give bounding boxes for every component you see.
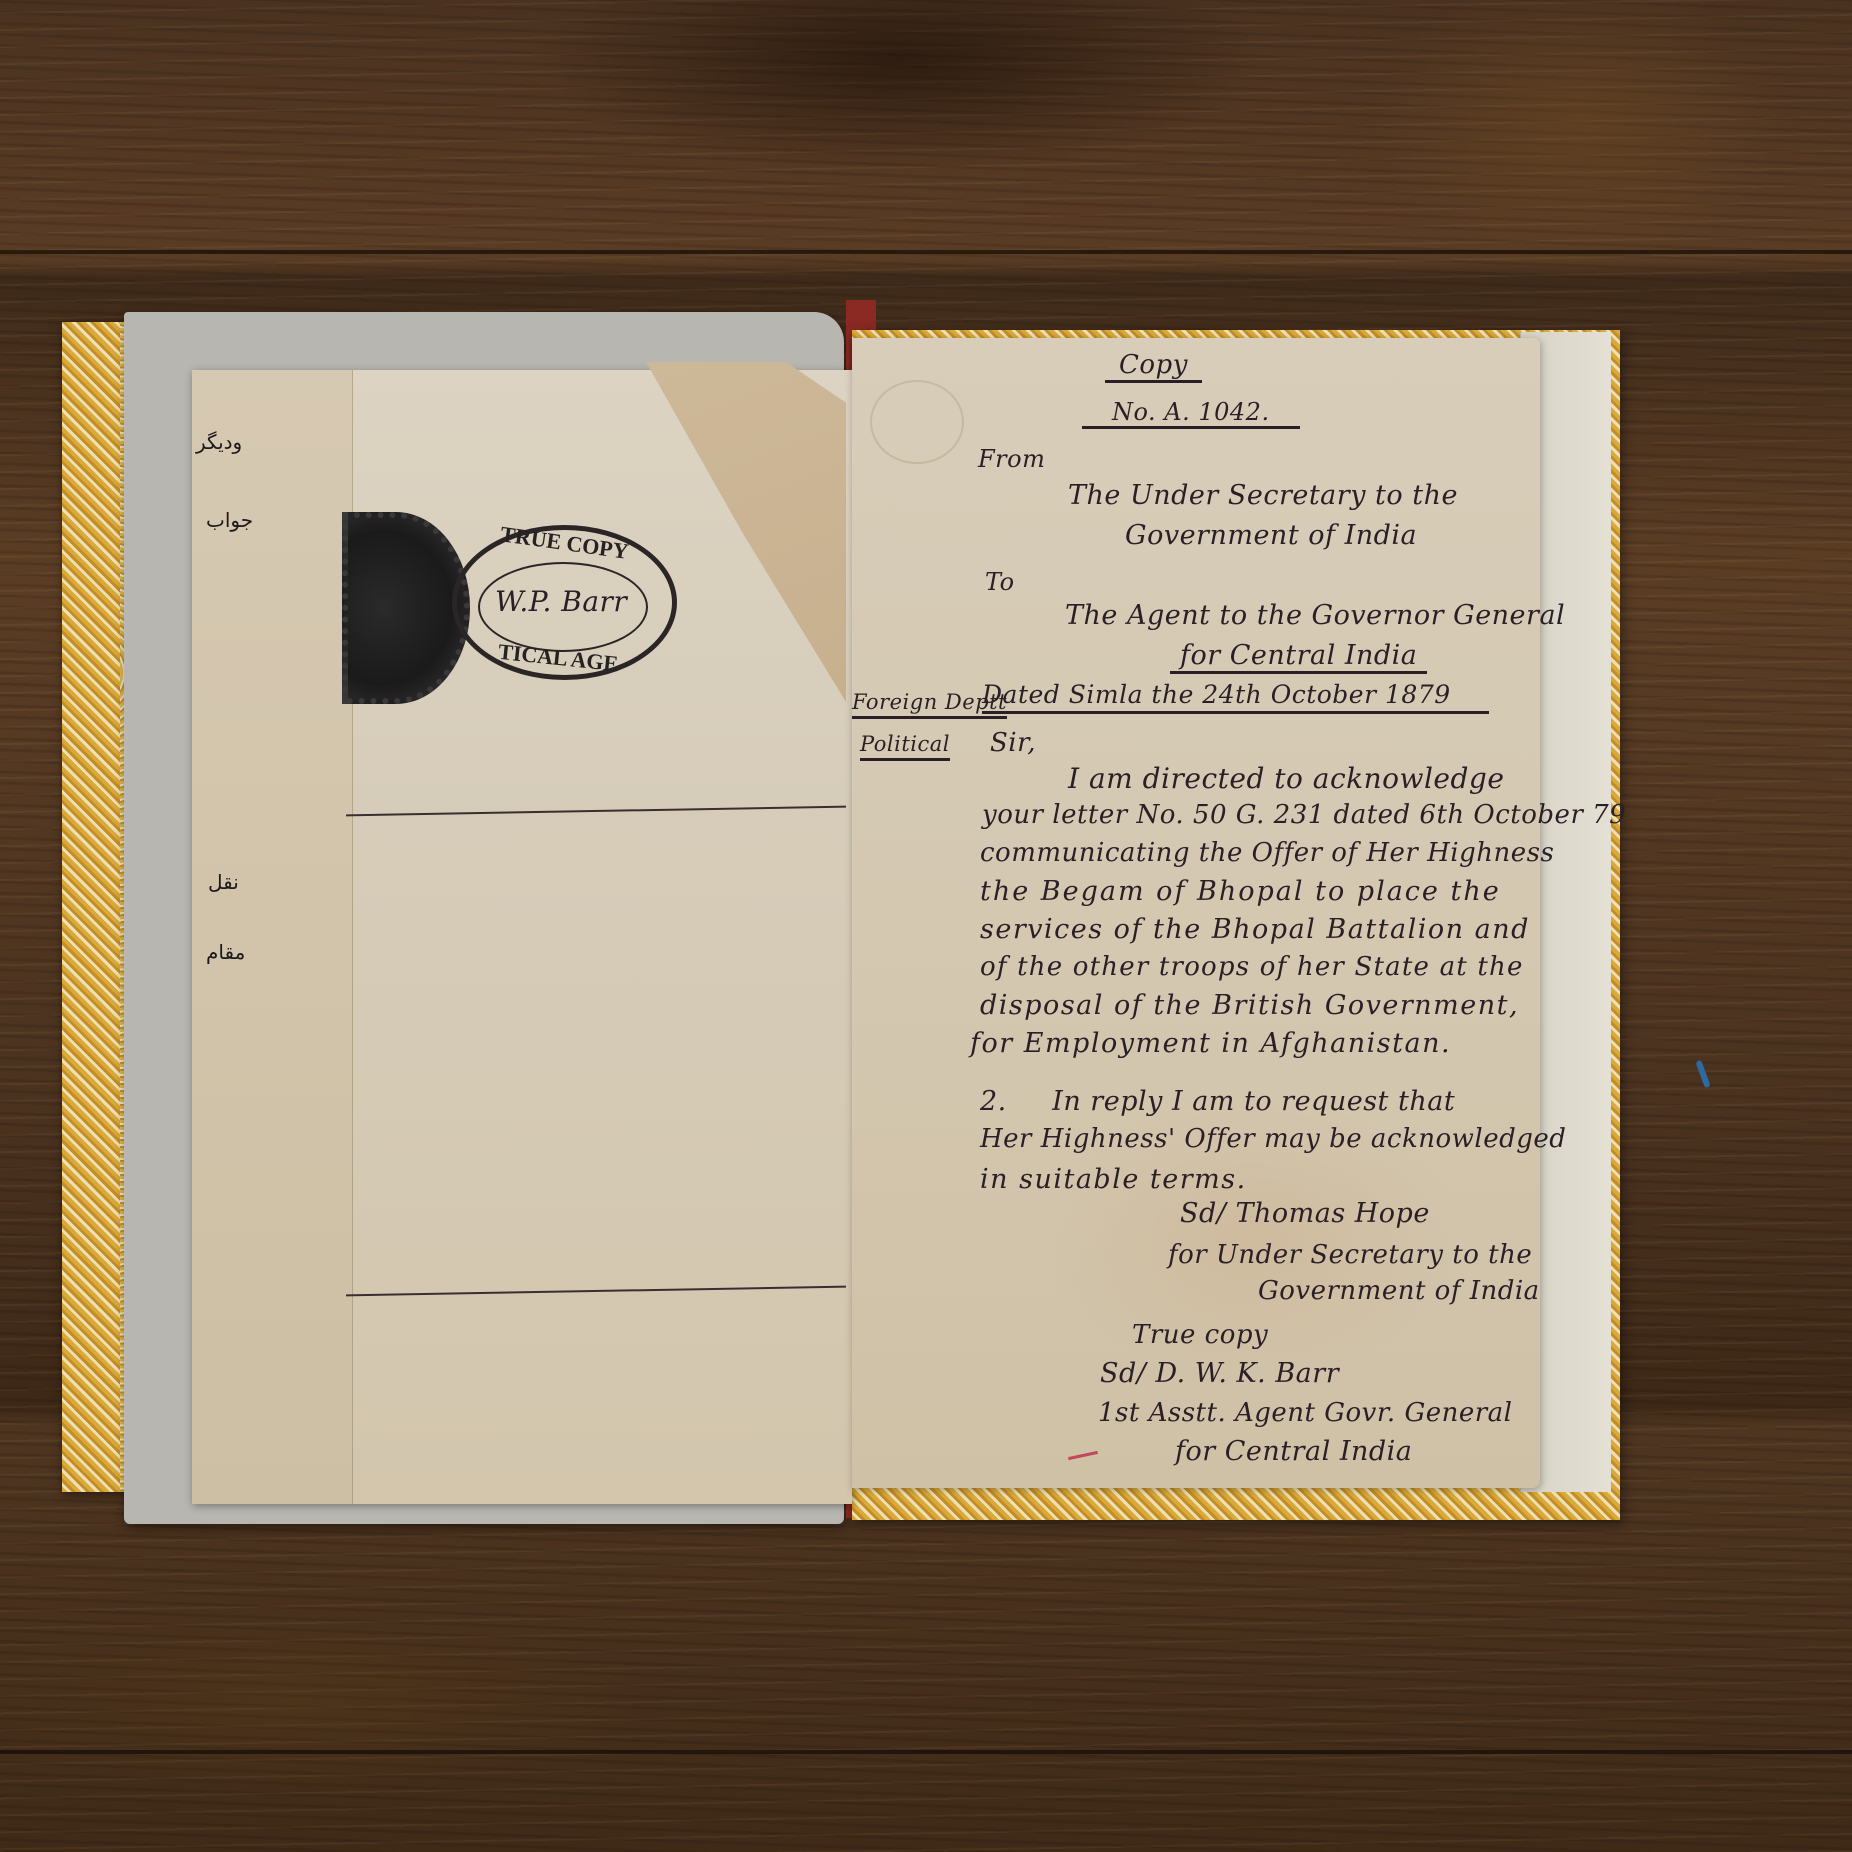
- margin-note: نقل: [208, 870, 239, 894]
- body-line: in suitable terms.: [980, 1164, 1247, 1195]
- body-line: I am directed to acknowledge: [1068, 762, 1504, 795]
- embossed-seal-icon: [870, 380, 964, 464]
- body-line: services of the Bhopal Battalion and: [980, 914, 1530, 945]
- to-line-2: for Central India: [1170, 640, 1427, 674]
- signatory-title-2: Government of India: [1258, 1276, 1540, 1306]
- body-line: the Begam of Bhopal to place the: [980, 876, 1501, 907]
- attestation-label: True copy: [1132, 1320, 1268, 1350]
- salutation: Sir,: [990, 728, 1036, 758]
- body-line: communicating the Offer of Her Highness: [980, 838, 1554, 868]
- signatory-title-1: for Under Secretary to the: [1168, 1240, 1532, 1270]
- from-label: From: [978, 445, 1045, 473]
- stamp-signature: W.P. Barr: [495, 585, 627, 618]
- margin-note: جواب: [206, 508, 253, 532]
- from-line-1: The Under Secretary to the: [1068, 480, 1458, 511]
- body-line: for Employment in Afghanistan.: [970, 1028, 1451, 1059]
- attestation-name: Sd/ D. W. K. Barr: [1100, 1358, 1339, 1389]
- dated-line: Dated Simla the 24th October 1879: [982, 680, 1489, 714]
- to-label: To: [985, 568, 1015, 596]
- left-cover-pattern: [62, 322, 120, 1492]
- left-page-folded-flap: [192, 370, 353, 1504]
- margin-note: ودیگر: [196, 430, 242, 454]
- body-line: disposal of the British Government,: [980, 990, 1519, 1021]
- body-line: Her Highness' Offer may be acknowledged: [980, 1124, 1566, 1154]
- body-line: your letter No. 50 G. 231 dated 6th Octo…: [982, 800, 1626, 830]
- table-plank-seam: [0, 250, 1852, 254]
- from-line-2: Government of India: [1125, 520, 1417, 551]
- attestation-title-2: for Central India: [1175, 1436, 1412, 1467]
- body-line: 2. In reply I am to request that: [980, 1086, 1455, 1117]
- margin-branch: Political: [860, 732, 950, 761]
- attestation-title-1: 1st Asstt. Agent Govr. General: [1098, 1398, 1513, 1428]
- signatory-name: Sd/ Thomas Hope: [1180, 1198, 1430, 1229]
- table-plank-seam: [0, 1750, 1852, 1754]
- letter-number: No. A. 1042.: [1082, 398, 1300, 429]
- margin-note: مقام: [206, 940, 245, 964]
- to-line-1: The Agent to the Governor General: [1065, 600, 1565, 631]
- letter-heading: Copy: [1105, 350, 1202, 383]
- blue-ink-stain: [1695, 1060, 1710, 1088]
- body-line: of the other troops of her State at the: [980, 952, 1524, 982]
